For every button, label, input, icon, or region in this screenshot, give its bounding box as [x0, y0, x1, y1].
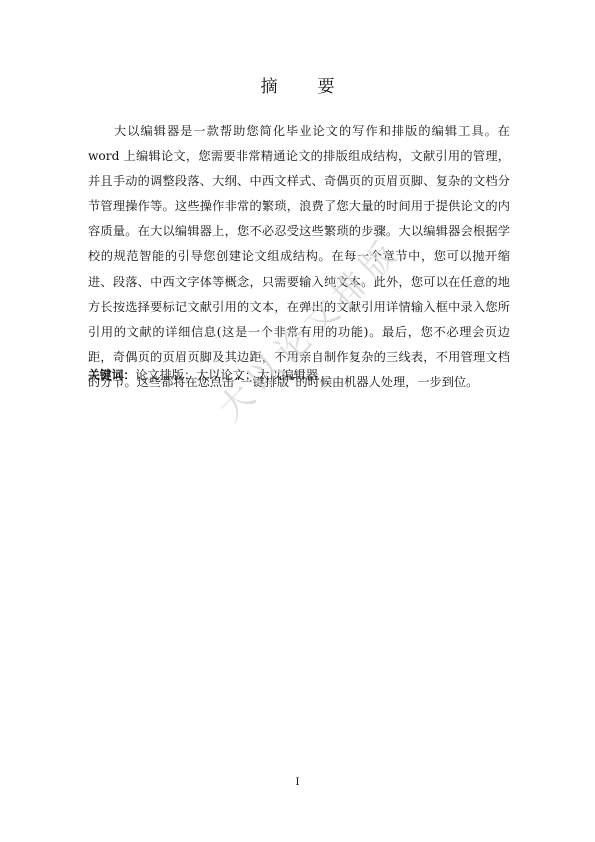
keywords-label: 关键词：	[88, 368, 135, 382]
title-char-2: 要	[318, 72, 335, 97]
page-title: 摘要	[0, 72, 595, 97]
page-number: I	[0, 777, 595, 788]
title-char-1: 摘	[261, 72, 278, 97]
